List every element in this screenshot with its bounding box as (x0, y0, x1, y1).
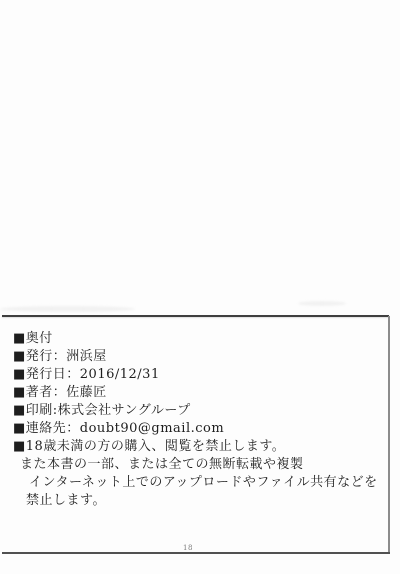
colophon-line-author: ■著者：佐藤匠 (13, 384, 385, 402)
colophon-line-contact: ■連絡先：doubt90@gmail.com (13, 420, 385, 438)
scanned-colophon-page: ■奥付 ■発行：洲浜屋 ■発行日：2016/12/31 ■著者：佐藤匠 ■印刷:… (0, 0, 400, 574)
colophon-line-okuzuke: ■奥付 (13, 330, 385, 348)
colophon-line-publisher: ■発行：洲浜屋 (13, 348, 385, 366)
page-right-edge-line (388, 316, 390, 554)
bottom-horizontal-rule (2, 552, 390, 554)
colophon-line-notice-cont-3: 禁止します。 (13, 492, 385, 510)
colophon-text-block: ■奥付 ■発行：洲浜屋 ■発行日：2016/12/31 ■著者：佐藤匠 ■印刷:… (13, 330, 385, 510)
colophon-line-publish-date: ■発行日：2016/12/31 (13, 366, 385, 384)
colophon-line-age-notice: ■18歳未満の方の購入、閲覧を禁止します。 (13, 438, 385, 456)
page-number: 18 (183, 544, 193, 552)
colophon-line-notice-cont-2: インターネット上でのアップロードやファイル共有などを (13, 474, 385, 492)
top-horizontal-rule (2, 315, 389, 317)
scan-artifact-smudge (0, 306, 135, 312)
colophon-line-notice-cont-1: また本書の一部、または全ての無断転載や複製 (13, 456, 385, 474)
colophon-line-printer: ■印刷:株式会社サングループ (13, 402, 385, 420)
scan-artifact-smudge (298, 301, 346, 306)
